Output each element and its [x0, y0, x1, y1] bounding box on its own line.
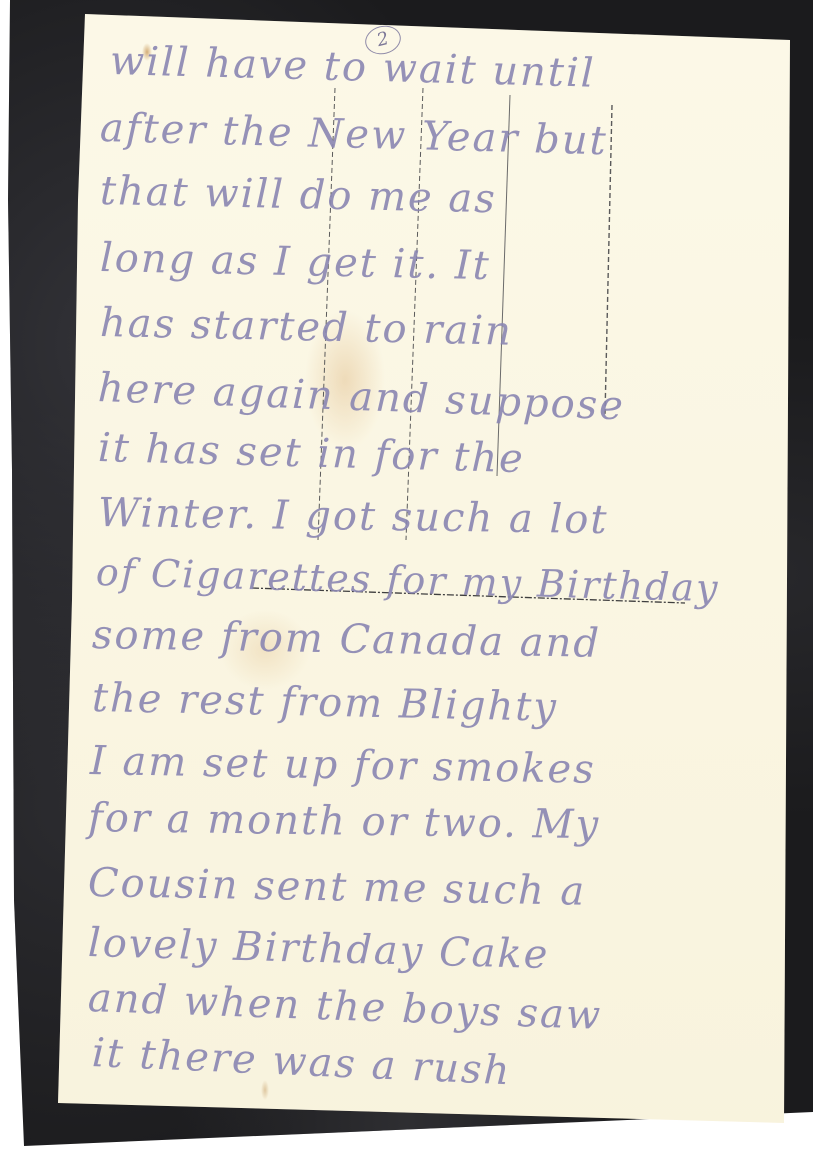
text-line-17: it there was a rush	[91, 1030, 512, 1094]
text-line-8: Winter. I got such a lot	[98, 490, 609, 543]
text-line-1: will have to wait until	[109, 38, 596, 97]
text-line-7: it has set in for the	[97, 425, 525, 482]
text-line-5: has started to rain	[100, 300, 514, 355]
text-line-14: Cousin sent me such a	[88, 860, 587, 915]
scanned-postcard: 2 will have to wait until after the New …	[0, 0, 813, 1149]
handwritten-text: will have to wait until after the New Ye…	[0, 0, 813, 1149]
text-line-16: and when the boys saw	[87, 975, 603, 1039]
text-line-12: I am set up for smokes	[90, 738, 597, 793]
text-line-10: some from Canada and	[92, 612, 602, 667]
text-line-9: of Cigarettes for my Birthday	[95, 550, 720, 610]
text-line-6: here again and suppose	[97, 365, 626, 429]
text-line-15: lovely Birthday Cake	[87, 920, 550, 978]
text-line-11: the rest from Blighty	[92, 675, 559, 731]
text-line-3: that will do me as	[100, 168, 498, 222]
text-line-2: after the New Year but	[99, 105, 608, 164]
text-line-13: for a month or two. My	[88, 795, 601, 848]
text-line-4: long as I get it. It	[100, 235, 492, 289]
